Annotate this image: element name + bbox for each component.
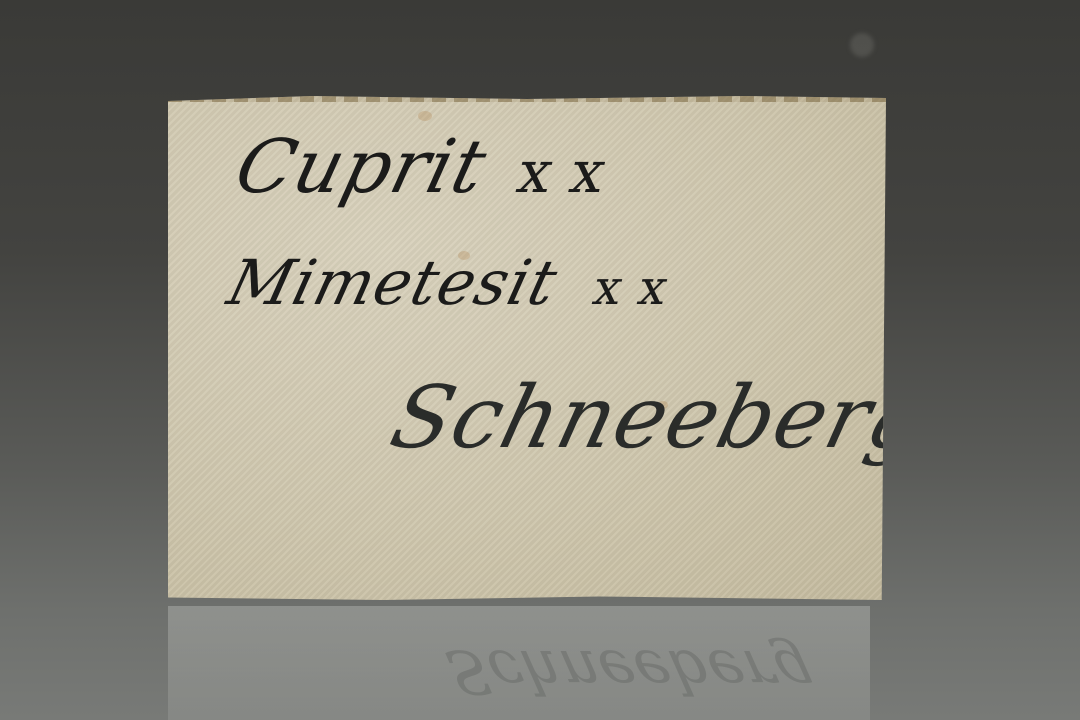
reflected-text: Schneeberg [439,636,820,706]
label-line-locality: Schneeberg [382,368,939,468]
paper-stain [418,111,432,121]
mineral-name: Cuprit [227,124,495,210]
mineral-name: Mimetesit [221,246,565,319]
label-line-mineral-1: Cupritxx [227,124,636,210]
specimen-label: Cupritxx Mimetesitxx Schneeberg [168,96,886,600]
locality-name: Schneeberg [382,368,939,468]
crystal-marks: xx [588,260,692,316]
label-reflection: Schneeberg [168,606,870,720]
label-line-mineral-2: Mimetesitxx [221,246,695,319]
crystal-marks: xx [511,138,633,206]
lens-dust-spot [850,33,874,57]
